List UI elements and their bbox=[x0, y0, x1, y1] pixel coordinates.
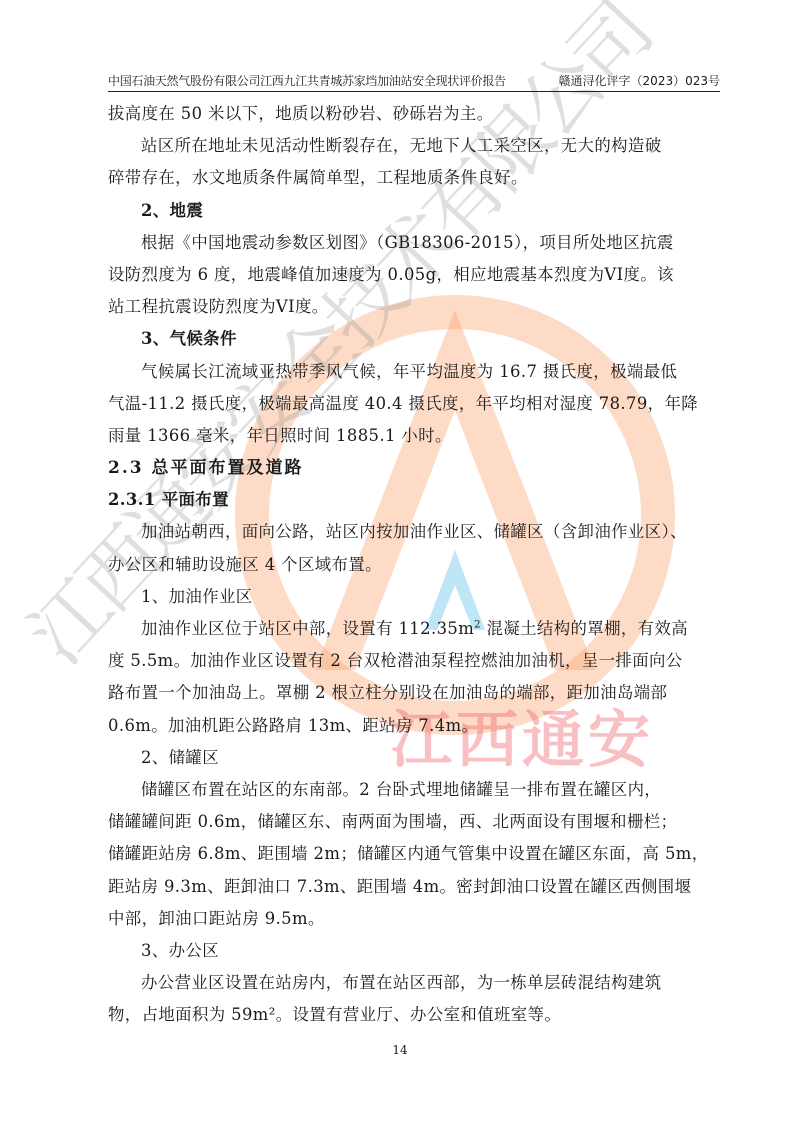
paragraph-line: 气候属长江流域亚热带季风气候，年平均温度为 16.7 摄氏度，极端最低 bbox=[108, 356, 723, 388]
page-header: 中国石油天然气股份有限公司江西九江共青城苏家垱加油站安全现状评价报告 赣通浔化评… bbox=[108, 69, 720, 92]
paragraph-line: 中部，卸油口距站房 9.5m。 bbox=[108, 903, 723, 935]
paragraph-line: 储罐距站房 6.8m、距围墙 2m；储罐区内通气管集中设置在罐区东面，高 5m， bbox=[108, 838, 723, 870]
document-body: 拔高度在 50 米以下，地质以粉砂岩、砂砾岩为主。 站区所在地址未见活动性断裂存… bbox=[108, 98, 723, 1031]
paragraph-line: 雨量 1366 毫米，年日照时间 1885.1 小时。 bbox=[108, 420, 723, 452]
paragraph-line: 站工程抗震设防烈度为VI度。 bbox=[108, 291, 723, 323]
section-heading-2-3: 2.3 总平面布置及道路 bbox=[108, 452, 723, 484]
paragraph-line: 储罐罐间距 0.6m，储罐区东、南两面为围墙，西、北两面设有围堰和栅栏； bbox=[108, 806, 723, 838]
report-title: 中国石油天然气股份有限公司江西九江共青城苏家垱加油站安全现状评价报告 bbox=[108, 72, 506, 89]
paragraph-line: 路布置一个加油岛上。罩棚 2 根立柱分别设在加油岛的端部，距加油岛端部 bbox=[108, 677, 723, 709]
subheading-fueling-area: 1、加油作业区 bbox=[108, 581, 723, 613]
paragraph-line: 站区所在地址未见活动性断裂存在，无地下人工采空区，无大的构造破 bbox=[108, 130, 723, 162]
report-number: 赣通浔化评字（2023）023号 bbox=[559, 72, 720, 89]
subheading-climate: 3、气候条件 bbox=[108, 323, 723, 355]
paragraph-line: 拔高度在 50 米以下，地质以粉砂岩、砂砾岩为主。 bbox=[108, 98, 723, 130]
paragraph-line: 根据《中国地震动参数区划图》（GB18306-2015），项目所处地区抗震 bbox=[108, 227, 723, 259]
subheading-office-area: 3、办公区 bbox=[108, 935, 723, 967]
text-segment: 混凝土结构的罩棚，有效高 bbox=[481, 619, 688, 638]
paragraph-line: 加油作业区位于站区中部，设置有 112.35m2 混凝土结构的罩棚，有效高 bbox=[108, 613, 723, 645]
paragraph-line: 加油站朝西，面向公路，站区内按加油作业区、储罐区（含卸油作业区）、 bbox=[108, 516, 723, 548]
subheading-tank-area: 2、储罐区 bbox=[108, 742, 723, 774]
paragraph-line: 物，占地面积为 59m²。设置有营业厅、办公室和值班室等。 bbox=[108, 999, 723, 1031]
paragraph-line: 气温-11.2 摄氏度，极端最高温度 40.4 摄氏度，年平均相对湿度 78.7… bbox=[108, 388, 723, 420]
superscript: 2 bbox=[474, 620, 481, 631]
text-segment: 加油作业区位于站区中部，设置有 112.35m bbox=[141, 619, 474, 638]
paragraph-line: 办公区和辅助设施区 4 个区域布置。 bbox=[108, 549, 723, 581]
paragraph-line: 度 5.5m。加油作业区设置有 2 台双枪潜油泵程控燃油加油机，呈一排面向公 bbox=[108, 645, 723, 677]
paragraph-line: 碎带存在，水文地质条件属简单型，工程地质条件良好。 bbox=[108, 162, 723, 194]
paragraph-line: 储罐区布置在站区的东南部。2 台卧式埋地储罐呈一排布置在罐区内， bbox=[108, 774, 723, 806]
paragraph-line: 设防烈度为 6 度，地震峰值加速度为 0.05g，相应地震基本烈度为VI度。该 bbox=[108, 259, 723, 291]
section-heading-2-3-1: 2.3.1 平面布置 bbox=[108, 484, 723, 516]
paragraph-line: 0.6m。加油机距公路路肩 13m、距站房 7.4m。 bbox=[108, 710, 723, 742]
page-number: 14 bbox=[0, 1043, 800, 1057]
subheading-earthquake: 2、地震 bbox=[108, 195, 723, 227]
paragraph-line: 距站房 9.3m、距卸油口 7.3m、距围墙 4m。密封卸油口设置在罐区西侧围堰 bbox=[108, 871, 723, 903]
paragraph-line: 办公营业区设置在站房内，布置在站区西部，为一栋单层砖混结构建筑 bbox=[108, 967, 723, 999]
